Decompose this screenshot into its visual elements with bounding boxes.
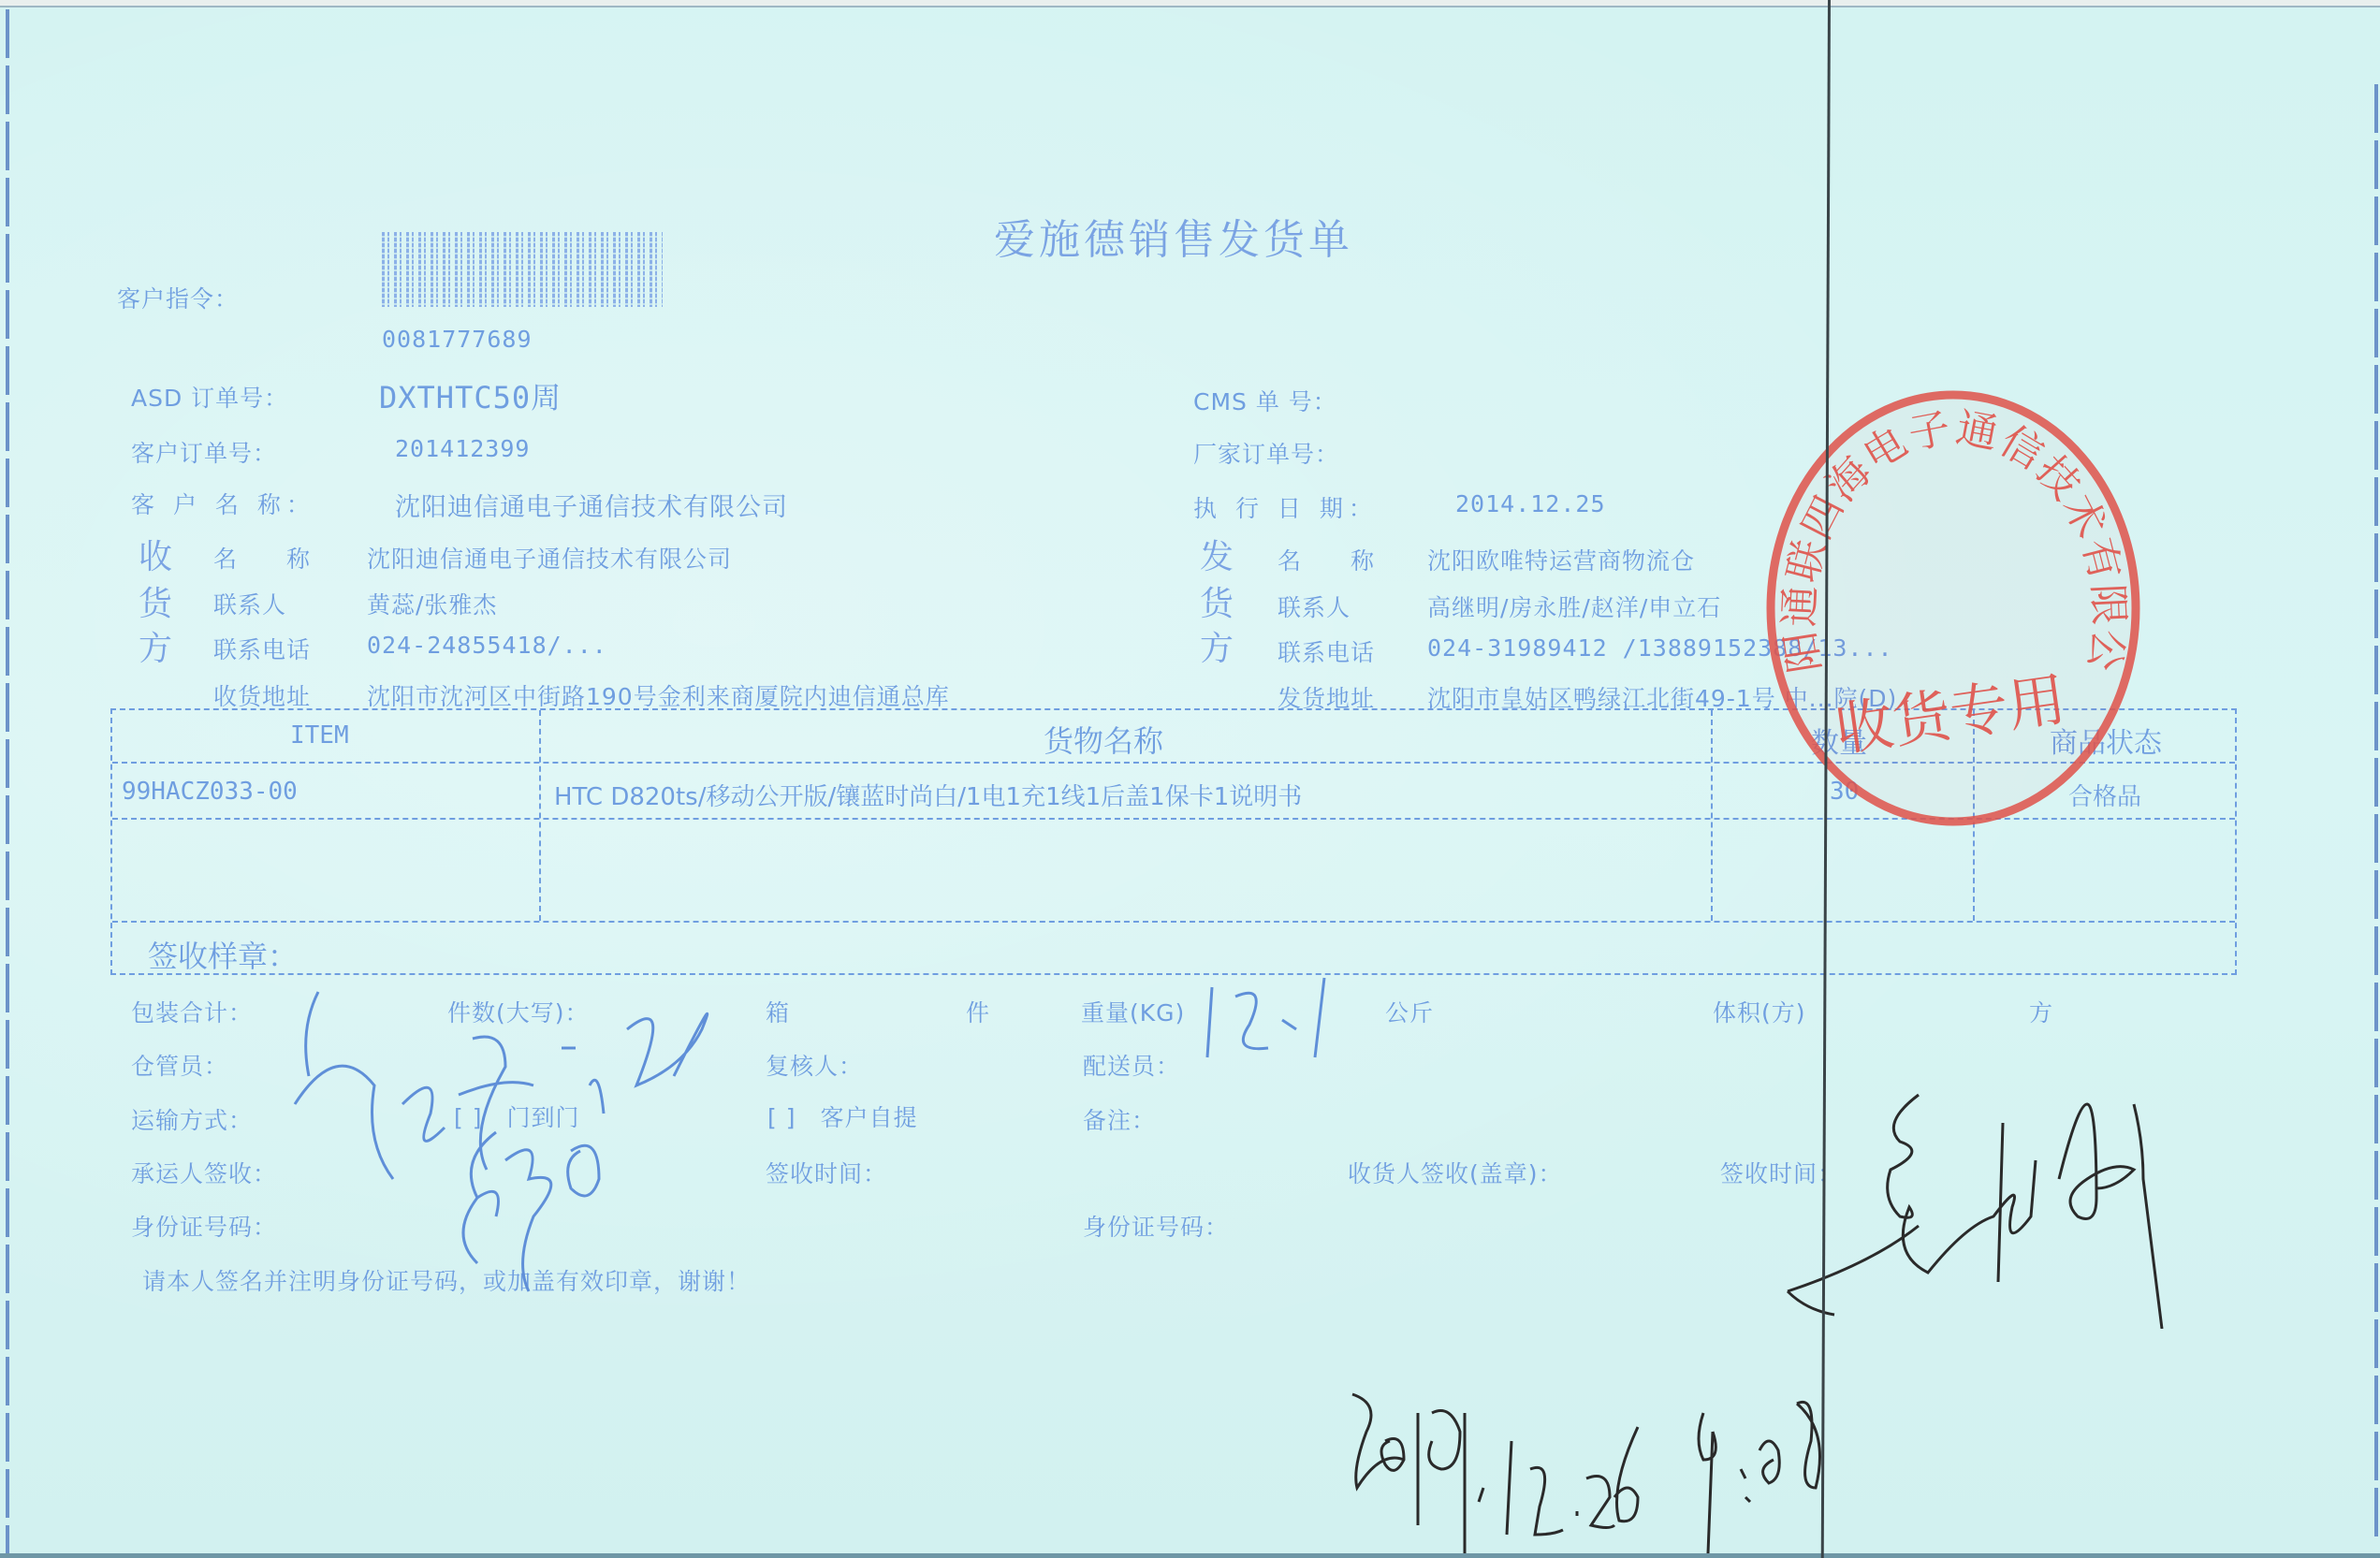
shipper-contact-label: 联系人 bbox=[1278, 590, 1351, 623]
receiver-name-value: 沈阳迪信通电子通信技术有限公司 bbox=[367, 541, 732, 575]
self-pickup-checkbox[interactable]: [ ] 客户自提 bbox=[767, 1099, 917, 1133]
exec-date-value: 2014.12.25 bbox=[1455, 490, 1606, 517]
customer-instruction-code: 0081777689 bbox=[382, 326, 533, 353]
shipper-side-char-3: 方 bbox=[1200, 622, 1234, 670]
id-number-label: 身份证号码： bbox=[131, 1209, 277, 1243]
box-label: 箱 bbox=[766, 995, 790, 1028]
weight-label: 重量(KG) bbox=[1081, 995, 1185, 1028]
receiver-side-char-2: 货 bbox=[139, 577, 172, 625]
customer-order-value: 201412399 bbox=[395, 435, 530, 462]
shipper-contact-value: 高继明/房永胜/赵洋/申立石 bbox=[1427, 590, 1721, 623]
receiver-side-char-3: 方 bbox=[139, 622, 172, 670]
customer-name-label: 客 户 名 称： bbox=[131, 487, 315, 520]
receiver-sign-label: 收货人签收(盖章)： bbox=[1348, 1156, 1563, 1189]
receiver-id-number-label: 身份证号码： bbox=[1083, 1209, 1229, 1243]
receiver-contact-value: 黄蕊/张雅杰 bbox=[367, 587, 497, 620]
receiver-phone-label: 联系电话 bbox=[213, 632, 311, 665]
row-goods-name: HTC D820ts/移动公开版/镶蓝时尚白/1电1充1线1后盖1保卡1说明书 bbox=[554, 778, 1302, 812]
shipper-name-label: 名 称 bbox=[1278, 543, 1387, 576]
document-title: 爱施德销售发货单 bbox=[994, 206, 1353, 266]
delivery-person-label: 配送员： bbox=[1083, 1048, 1180, 1082]
customer-instruction-label: 客户指令： bbox=[117, 281, 239, 314]
sign-time-label: 签收时间： bbox=[766, 1156, 887, 1189]
package-total-label: 包装合计： bbox=[131, 995, 253, 1028]
shipper-phone-label: 联系电话 bbox=[1278, 634, 1375, 668]
receiver-address-label: 收货地址 bbox=[213, 678, 311, 712]
weight-handwriting bbox=[1193, 968, 1343, 1071]
receiver-address-value: 沈阳市沈河区中街路190号金利来商厦院内迪信通总库 bbox=[367, 678, 950, 712]
cms-label: CMS 单 号： bbox=[1193, 384, 1337, 417]
factory-order-label: 厂家订单号： bbox=[1193, 436, 1339, 470]
header-goods-name: 货物名称 bbox=[1044, 718, 1163, 761]
volume-unit: 方 bbox=[2029, 995, 2053, 1028]
notice-text: 请本人签名并注明身份证号码，或加盖有效印章，谢谢！ bbox=[142, 1263, 751, 1297]
receiver-phone-value: 024-24855418/... bbox=[367, 632, 607, 659]
carrier-sign-label: 承运人签收： bbox=[131, 1156, 277, 1189]
paper-top-edge bbox=[0, 0, 2380, 7]
pieces-label: 件数(大写)： bbox=[447, 995, 590, 1028]
shipper-side-char-2: 货 bbox=[1200, 577, 1234, 625]
customer-order-label: 客户订单号： bbox=[131, 435, 277, 469]
receiver-signature bbox=[1778, 1085, 2209, 1329]
paper-bottom-edge bbox=[0, 1553, 2380, 1558]
checker-label: 复核人： bbox=[766, 1048, 863, 1082]
kg-unit: 公斤 bbox=[1385, 995, 1434, 1028]
customer-name-value: 沈阳迪信通电子通信技术有限公司 bbox=[395, 487, 788, 523]
perforation-left bbox=[6, 9, 9, 1553]
delivery-note-paper: 爱施德销售发货单 客户指令： 0081777689 ASD 订单号： DXTHT… bbox=[0, 0, 2380, 1558]
company-receiving-stamp: 沈阳通联四海电子通信技术有限公司 收货专用 bbox=[1761, 384, 2145, 833]
shipper-side-char-1: 发 bbox=[1200, 531, 1234, 578]
remark-label: 备注： bbox=[1083, 1102, 1156, 1136]
receive-datetime-handwriting bbox=[1329, 1376, 2284, 1553]
sign-stamp-label: 签收样章： bbox=[148, 933, 298, 976]
asd-order-label: ASD 订单号： bbox=[131, 380, 288, 414]
asd-order-value: DXTHTC50周 bbox=[379, 374, 562, 417]
warehouse-keeper-label: 仓管员： bbox=[131, 1048, 228, 1082]
door-to-door-checkbox[interactable]: [ ] 门到门 bbox=[454, 1099, 579, 1133]
receiver-name-label: 名 称 bbox=[213, 541, 323, 575]
shipper-name-value: 沈阳欧唯特运营商物流仓 bbox=[1427, 543, 1695, 576]
row-item-code: 99HACZ033-00 bbox=[122, 778, 298, 806]
piece-label: 件 bbox=[966, 995, 990, 1028]
transport-label: 运输方式： bbox=[131, 1102, 253, 1136]
header-item: ITEM bbox=[290, 721, 349, 750]
barcode bbox=[382, 232, 663, 307]
perforation-right bbox=[2374, 84, 2378, 1544]
volume-label: 体积(方) bbox=[1713, 995, 1806, 1028]
receiver-side-char-1: 收 bbox=[139, 531, 172, 578]
receiver-contact-label: 联系人 bbox=[213, 587, 286, 620]
exec-date-label: 执 行 日 期： bbox=[1193, 490, 1378, 524]
